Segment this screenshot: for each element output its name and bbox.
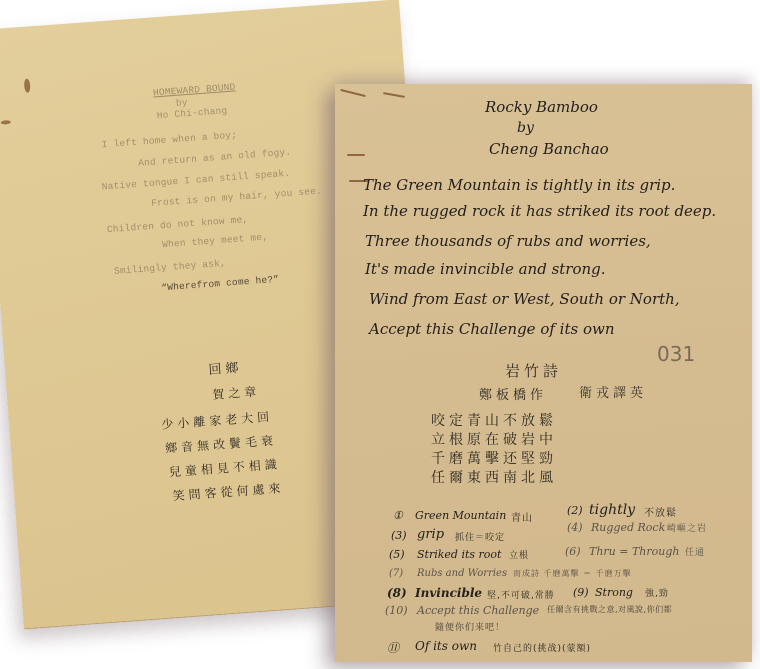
note-translation: 強,勁	[645, 586, 669, 599]
note-number: (7)	[389, 568, 403, 579]
chinese-line: 任爾東西南北風	[431, 467, 557, 487]
ink-stain	[1, 120, 11, 125]
note-term: tightly	[589, 502, 635, 518]
poem-line: Accept this Challenge of its own	[369, 320, 615, 338]
typed-title: HOMEWARD BOUND	[153, 81, 236, 98]
note-number: (5)	[389, 548, 405, 561]
ink-mark	[383, 92, 405, 98]
poem-line: Wind from East or West, South or North,	[369, 290, 680, 308]
chinese-title: 岩竹詩	[505, 360, 562, 381]
typed-line: Frost is on my hair, you see.	[151, 185, 322, 209]
note-translation: 青山	[511, 509, 533, 524]
typed-line: When they meet me,	[162, 231, 269, 250]
note-number: (4)	[567, 521, 583, 534]
chinese-author: 賀之章	[212, 382, 261, 402]
chinese-line: 笑問客從何處來	[172, 479, 285, 504]
note-translation: 抓住＝咬定	[455, 530, 505, 543]
note-term: Strong	[595, 586, 633, 599]
typed-author: Ho Chi-chang	[156, 105, 227, 121]
handwritten-poem-sheet: Rocky Bamboo by Cheng Banchao The Green …	[335, 84, 752, 662]
typed-line: “Wherefrom come he?”	[161, 274, 280, 294]
chinese-line: 兒童相見不相識	[168, 455, 281, 480]
typed-line: I left home when a boy;	[101, 129, 237, 150]
page-number: 031	[657, 342, 695, 366]
note-number: (3)	[391, 529, 407, 542]
note-term: Green Mountain	[415, 509, 506, 522]
note-translation-cont: 隨便你们来吧！	[435, 620, 505, 633]
note-translation: 竹自己的(挑战)(蒙額)	[493, 641, 591, 654]
note-number: ⑪	[387, 639, 399, 656]
note-translation: 而成詩 千磨萬擊 ＝ 千磨万擊	[513, 568, 632, 579]
document-photo: HOMEWARD BOUND by Ho Chi-chang I left ho…	[0, 0, 760, 669]
poem-line: The Green Mountain is tightly in its gri…	[363, 176, 675, 194]
chinese-line: 千磨萬擊还堅勁	[431, 448, 557, 468]
note-term: Rubs and Worries	[417, 568, 507, 579]
chinese-line: 咬定青山不放鬆	[431, 410, 557, 430]
ink-mark	[340, 89, 366, 97]
chinese-line: 少小離家老大回	[161, 408, 274, 433]
ink-stain	[24, 78, 31, 92]
typed-line: Smilingly they ask,	[114, 258, 227, 277]
chinese-line: 鄉音無改鬢毛衰	[164, 431, 277, 456]
note-term: Striked its root	[417, 548, 501, 561]
note-term: grip	[417, 527, 444, 542]
ink-mark	[347, 154, 365, 156]
note-translation: 任通	[685, 545, 705, 558]
note-term: Accept this Challenge	[417, 604, 539, 617]
note-translation: 崎嶇之岩	[667, 521, 707, 534]
typed-line: And return as an old fogy.	[138, 147, 292, 169]
note-term: Of its own	[415, 639, 477, 653]
note-number: (6)	[565, 545, 581, 558]
note-term: Thru = Through	[589, 545, 680, 558]
note-number: (8)	[387, 586, 407, 600]
note-number: ①	[393, 509, 403, 522]
translator-credit: 衛戎譯英	[579, 382, 647, 401]
note-number: (9)	[573, 586, 589, 599]
chinese-author: 鄭板橋作	[479, 384, 547, 403]
poem-title: Rocky Bamboo	[485, 98, 598, 116]
poem-line: It's made invincible and strong.	[365, 260, 606, 278]
note-number: (2)	[567, 504, 583, 517]
poem-line: Three thousands of rubs and worries,	[365, 232, 651, 250]
poem-by: by	[517, 120, 534, 136]
note-translation: 立根	[509, 548, 529, 561]
note-translation: 堅,不可破,常勝	[487, 588, 555, 601]
note-term: Invincible	[415, 586, 482, 600]
note-translation: 不放鬆	[644, 504, 677, 519]
chinese-title: 回鄉	[208, 357, 243, 378]
typed-line: Children do not know me,	[107, 214, 249, 235]
note-number: (10)	[385, 604, 408, 617]
chinese-line: 立根原在破岩中	[431, 429, 557, 449]
note-translation: 任爾含有挑戰之意,对風說,你们都	[547, 604, 672, 615]
poem-line: In the rugged rock it has striked its ro…	[363, 202, 716, 220]
note-term: Rugged Rock	[591, 521, 665, 534]
poem-author: Cheng Banchao	[489, 140, 609, 158]
